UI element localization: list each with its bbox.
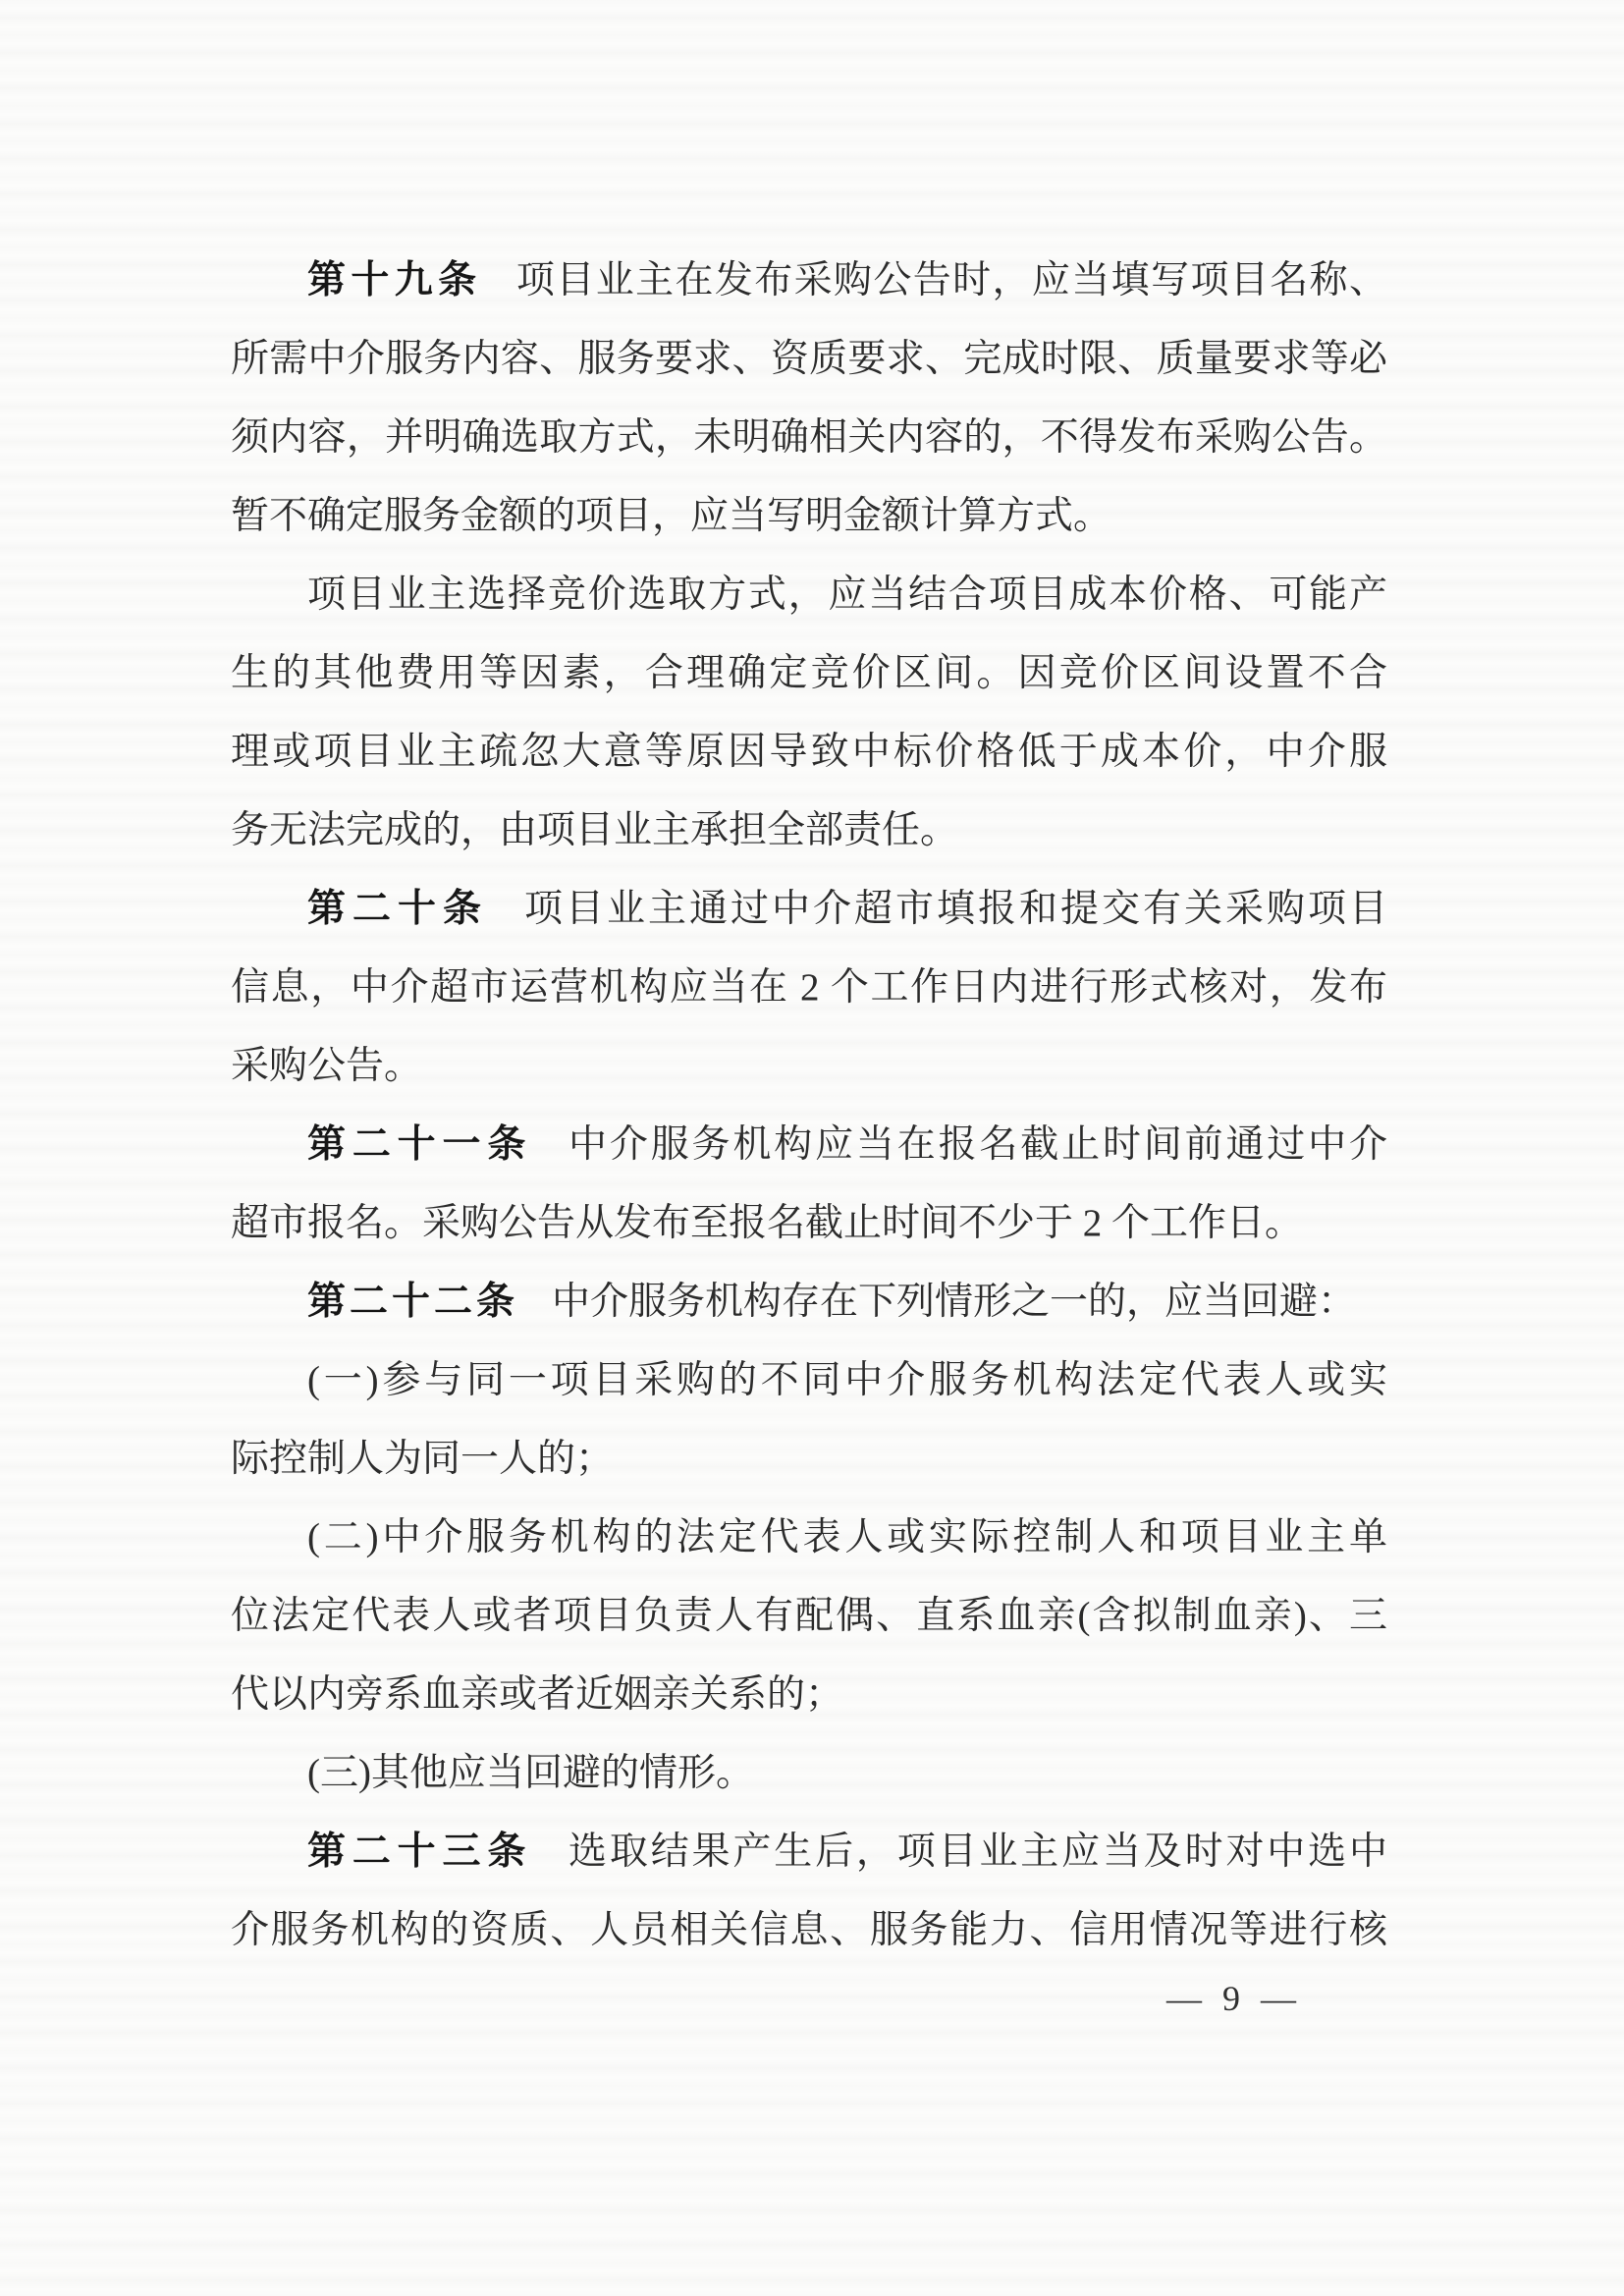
line-text: 务无法完成的，由项目业主承担全部责任。 bbox=[231, 809, 958, 851]
document-text-block: 第十九条项目业主在发布采购公告时，应当填写项目名称、 所需中介服务内容、服务要求… bbox=[231, 242, 1387, 1970]
text-line: 第二十一条中介服务机构应当在报名截止时间前通过中介 bbox=[231, 1106, 1387, 1184]
line-text: 中介服务机构应当在报名截止时间前通过中介 bbox=[566, 1123, 1387, 1166]
line-text: 项目业主选择竞价选取方式，应当结合项目成本价格、可能产 bbox=[307, 574, 1387, 616]
lead-gap bbox=[488, 920, 521, 921]
text-line: 须内容，并明确选取方式，未明确相关内容的，不得发布采购公告。 bbox=[231, 399, 1387, 477]
article-number-label: 第二十二条 bbox=[307, 1281, 518, 1323]
text-line: 第十九条项目业主在发布采购公告时，应当填写项目名称、 bbox=[231, 242, 1387, 320]
lead-gap bbox=[532, 1863, 566, 1864]
article-number-label: 第二十三条 bbox=[307, 1831, 532, 1873]
line-text: (一)参与同一项目采购的不同中介服务机构法定代表人或实 bbox=[307, 1359, 1387, 1401]
line-text: 位法定代表人或者项目负责人有配偶、直系血亲(含拟制血亲)、三 bbox=[231, 1595, 1387, 1637]
line-text: 超市报名。采购公告从发布至报名截止时间不少于 2 个工作日。 bbox=[231, 1202, 1303, 1244]
line-text: 代以内旁系血亲或者近姻亲关系的； bbox=[231, 1673, 843, 1716]
line-text: 须内容，并明确选取方式，未明确相关内容的，不得发布采购公告。 bbox=[231, 416, 1387, 459]
lead-gap bbox=[518, 1313, 552, 1314]
line-text: 所需中介服务内容、服务要求、资质要求、完成时限、质量要求等必 bbox=[231, 338, 1387, 380]
text-line: 代以内旁系血亲或者近姻亲关系的； bbox=[231, 1656, 1387, 1734]
text-line: (一)参与同一项目采购的不同中介服务机构法定代表人或实 bbox=[231, 1341, 1387, 1420]
line-text: 项目业主通过中介超市填报和提交有关采购项目 bbox=[521, 888, 1387, 930]
text-line: 第二十二条中介服务机构存在下列情形之一的，应当回避： bbox=[231, 1263, 1387, 1341]
line-text: 项目业主在发布采购公告时，应当填写项目名称、 bbox=[515, 259, 1387, 301]
text-line: 采购公告。 bbox=[231, 1027, 1387, 1106]
text-line: (二)中介服务机构的法定代表人或实际控制人和项目业主单 bbox=[231, 1499, 1387, 1577]
line-text: 生的其他费用等因素，合理确定竞价区间。因竞价区间设置不合 bbox=[231, 652, 1387, 694]
lead-gap bbox=[482, 292, 515, 293]
line-text: 介服务机构的资质、人员相关信息、服务能力、信用情况等进行核 bbox=[231, 1909, 1387, 1951]
line-text: 际控制人为同一人的； bbox=[231, 1438, 614, 1480]
text-line: 超市报名。采购公告从发布至报名截止时间不少于 2 个工作日。 bbox=[231, 1184, 1387, 1263]
text-line: 介服务机构的资质、人员相关信息、服务能力、信用情况等进行核 bbox=[231, 1891, 1387, 1970]
line-text: 信息，中介超市运营机构应当在 2 个工作日内进行形式核对，发布 bbox=[231, 966, 1387, 1009]
text-line: 第二十条项目业主通过中介超市填报和提交有关采购项目 bbox=[231, 870, 1387, 949]
line-text: 中介服务机构存在下列情形之一的，应当回避： bbox=[552, 1281, 1356, 1323]
text-line: 暂不确定服务金额的项目，应当写明金额计算方式。 bbox=[231, 477, 1387, 556]
line-text: 采购公告。 bbox=[231, 1045, 422, 1087]
text-line: 务无法完成的，由项目业主承担全部责任。 bbox=[231, 792, 1387, 870]
line-text: (三)其他应当回避的情形。 bbox=[307, 1752, 754, 1794]
text-line: 项目业主选择竞价选取方式，应当结合项目成本价格、可能产 bbox=[231, 556, 1387, 634]
lead-gap bbox=[532, 1156, 566, 1157]
text-line: 第二十三条选取结果产生后，项目业主应当及时对中选中 bbox=[231, 1813, 1387, 1891]
text-line: 生的其他费用等因素，合理确定竞价区间。因竞价区间设置不合 bbox=[231, 634, 1387, 713]
document-page: 第十九条项目业主在发布采购公告时，应当填写项目名称、 所需中介服务内容、服务要求… bbox=[0, 0, 1624, 2296]
page-number: — 9 — bbox=[1121, 1969, 1347, 2028]
line-text: 理或项目业主疏忽大意等原因导致中标价格低于成本价，中介服 bbox=[231, 731, 1387, 773]
text-line: (三)其他应当回避的情形。 bbox=[231, 1734, 1387, 1813]
text-line: 理或项目业主疏忽大意等原因导致中标价格低于成本价，中介服 bbox=[231, 713, 1387, 792]
text-line: 际控制人为同一人的； bbox=[231, 1420, 1387, 1499]
line-text: 选取结果产生后，项目业主应当及时对中选中 bbox=[566, 1831, 1387, 1873]
article-number-label: 第十九条 bbox=[307, 259, 482, 301]
article-number-label: 第二十条 bbox=[307, 888, 488, 930]
line-text: 暂不确定服务金额的项目，应当写明金额计算方式。 bbox=[231, 495, 1111, 537]
text-line: 所需中介服务内容、服务要求、资质要求、完成时限、质量要求等必 bbox=[231, 320, 1387, 399]
line-text: (二)中介服务机构的法定代表人或实际控制人和项目业主单 bbox=[307, 1516, 1387, 1558]
text-line: 位法定代表人或者项目负责人有配偶、直系血亲(含拟制血亲)、三 bbox=[231, 1577, 1387, 1656]
article-number-label: 第二十一条 bbox=[307, 1123, 532, 1166]
text-line: 信息，中介超市运营机构应当在 2 个工作日内进行形式核对，发布 bbox=[231, 949, 1387, 1027]
